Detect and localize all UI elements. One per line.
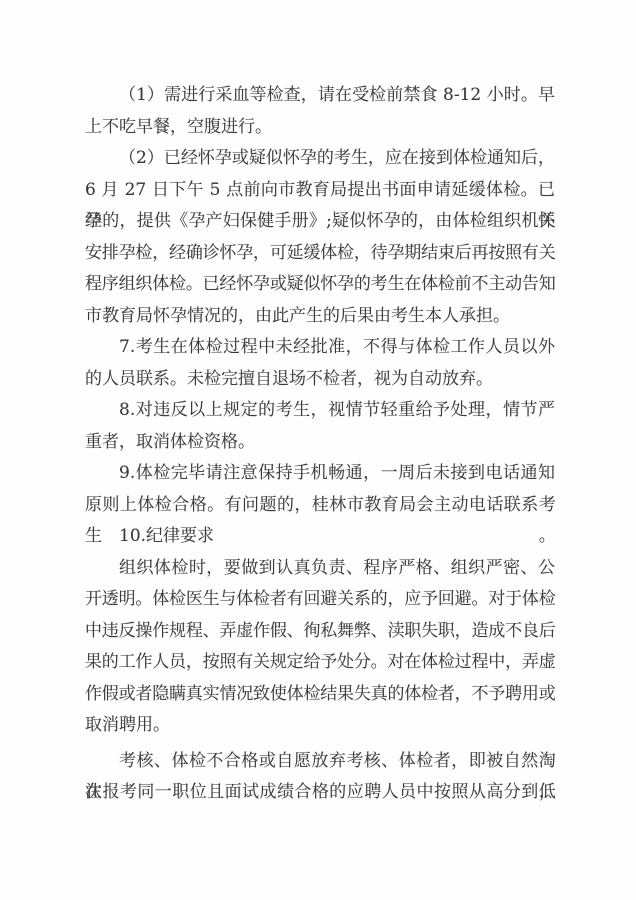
text-line: （1）需进行采血等检查，请在受检前禁食 8-12 小时。早 xyxy=(85,80,555,112)
text-line: 作假或者隐瞒真实情况致使体检结果失真的体检者，不予聘用或 xyxy=(85,679,555,711)
text-line: 9.体检完毕请注意保持手机畅通，一周后未接到电话通知 xyxy=(85,458,555,490)
text-line: 考核、体检不合格或自愿放弃考核、体检者，即被自然淘汰， xyxy=(85,746,555,778)
text-line: 在报考同一职位且面试成绩合格的应聘人员中按照从高分到低 xyxy=(85,777,555,809)
text-line: 取消聘用。 xyxy=(85,710,555,742)
text-line: 市教育局怀孕情况的，由此产生的后果由考生本人承担。 xyxy=(85,301,555,333)
text-line: 6 月 27 日下午 5 点前向市教育局提出书面申请延缓体检。已经怀 xyxy=(85,175,555,207)
text-line: 7.考生在体检过程中未经批准，不得与体检工作人员以外 xyxy=(85,332,555,364)
document-text-block: （1）需进行采血等检查，请在受检前禁食 8-12 小时。早 上不吃早餐，空腹进行… xyxy=(85,80,555,809)
text-line: 程序组织体检。已经怀孕或疑似怀孕的考生在体检前不主动告知 xyxy=(85,269,555,301)
text-line: （2）已经怀孕或疑似怀孕的考生，应在接到体检通知后， xyxy=(85,143,555,175)
document-page: （1）需进行采血等检查，请在受检前禁食 8-12 小时。早 上不吃早餐，空腹进行… xyxy=(0,0,636,900)
text-line: 组织体检时，要做到认真负责、程序严格、组织严密、公 xyxy=(85,553,555,585)
text-line: 孕的，提供《孕产妇保健手册》;疑似怀孕的，由体检组织机关 xyxy=(85,206,555,238)
text-line: 的人员联系。未检完擅自退场不检者，视为自动放弃。 xyxy=(85,364,555,396)
text-line: 安排孕检，经确诊怀孕，可延缓体检，待孕期结束后再按照有关 xyxy=(85,238,555,270)
text-line: 上不吃早餐，空腹进行。 xyxy=(85,112,555,144)
text-line: 8.对违反以上规定的考生，视情节轻重给予处理，情节严 xyxy=(85,395,555,427)
text-line: 开透明。体检医生与体检者有回避关系的，应予回避。对于体检 xyxy=(85,584,555,616)
text-line: 果的工作人员，按照有关规定给予处分。对在体检过程中，弄虚 xyxy=(85,647,555,679)
text-line: 中违反操作规程、弄虚作假、徇私舞弊、渎职失职，造成不良后 xyxy=(85,616,555,648)
text-line: 重者，取消体检资格。 xyxy=(85,427,555,459)
text-line: 原则上体检合格。有问题的，桂林市教育局会主动电话联系考生。 xyxy=(85,490,555,522)
